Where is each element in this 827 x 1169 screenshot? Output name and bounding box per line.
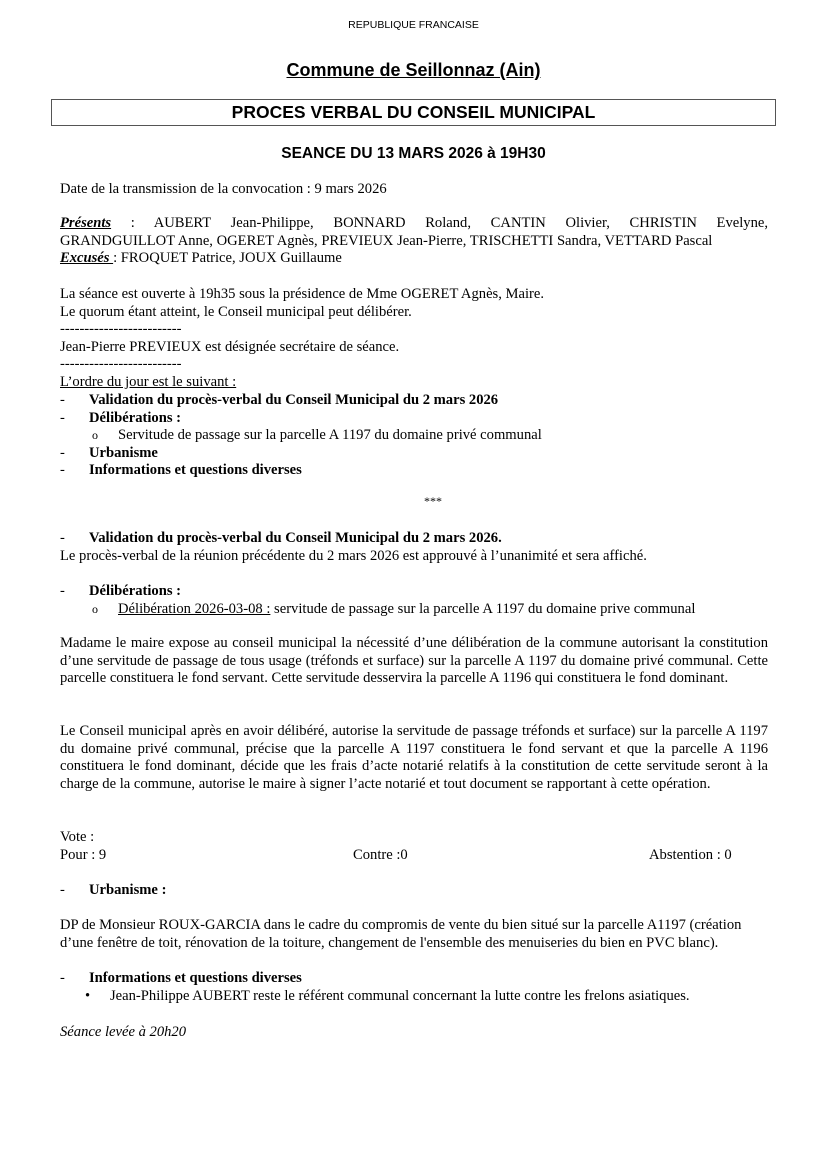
agenda-list: - Validation du procès-verbal du Conseil… — [60, 392, 768, 480]
section-separator-stars: *** — [0, 493, 827, 511]
dash-marker: - — [60, 392, 65, 410]
document-title-box: PROCES VERBAL DU CONSEIL MUNICIPAL — [51, 99, 776, 126]
vote-results: Pour : 9 Contre :0 Abstention : 0 — [60, 847, 768, 865]
agenda-item-label: Délibérations : — [89, 410, 181, 426]
agenda-item: - Validation du procès-verbal du Conseil… — [60, 392, 768, 410]
dash-marker: - — [60, 583, 65, 601]
agenda-item-label: Validation du procès-verbal du Conseil M… — [89, 392, 498, 408]
commune-title-text: Commune de Seillonnaz (Ain) — [286, 60, 540, 80]
agenda-item: - Informations et questions diverses — [60, 462, 768, 480]
document-page: REPUBLIQUE FRANCAISE Commune de Seillonn… — [0, 0, 827, 1169]
present-line-2: GRANDGUILLOT Anne, OGERET Agnès, PREVIEU… — [60, 233, 768, 251]
opening-line-1: La séance est ouverte à 19h35 sous la pr… — [60, 286, 768, 304]
dash-marker: - — [60, 882, 65, 900]
document-title: PROCES VERBAL DU CONSEIL MUNICIPAL — [232, 102, 596, 123]
dash-marker: - — [60, 445, 65, 463]
circle-bullet-icon: o — [92, 601, 98, 619]
separator-1: ------------------------- — [60, 321, 768, 339]
info-item: • Jean-Philippe AUBERT reste le référent… — [60, 988, 768, 1006]
section-infos-title: Informations et questions diverses — [89, 970, 302, 986]
section-urbanisme-text: DP de Monsieur ROUX-GARCIA dans le cadre… — [60, 917, 772, 952]
section-deliberations: - Délibérations : o Délibération 2026-03… — [60, 583, 768, 618]
excused-label: Excusés — [60, 250, 113, 266]
session-title: SEANCE DU 13 MARS 2026 à 19H30 — [0, 145, 827, 163]
opening-block: La séance est ouverte à 19h35 sous la pr… — [60, 286, 768, 392]
info-item-text: Jean-Philippe AUBERT reste le référent c… — [110, 988, 690, 1004]
closing-line: Séance levée à 20h20 — [60, 1024, 768, 1042]
section-urbanisme-heading-row: - Urbanisme : — [60, 882, 768, 900]
dash-marker: - — [60, 462, 65, 480]
vote-abstention: Abstention : 0 — [649, 847, 732, 865]
present-line-1: Présents : AUBERT Jean-Philippe, BONNARD… — [60, 215, 768, 233]
section-validation-text: Le procès-verbal de la réunion précédent… — [60, 548, 768, 566]
present-label: Présents — [60, 215, 111, 231]
section-infos-heading: - Informations et questions diverses — [60, 970, 768, 988]
present-names-1: AUBERT Jean-Philippe, BONNARD Roland, CA… — [154, 215, 768, 231]
vote-contre: Contre :0 — [353, 847, 649, 865]
section-infos: - Informations et questions diverses • J… — [60, 970, 768, 1005]
separator-2: ------------------------- — [60, 356, 768, 374]
republic-header: REPUBLIQUE FRANCAISE — [0, 19, 827, 31]
section-deliberations-title: Délibérations : — [89, 583, 181, 599]
dash-marker: - — [60, 410, 65, 428]
deliberation-item: o Délibération 2026-03-08 : servitude de… — [60, 601, 768, 619]
quorum-line: Le quorum étant atteint, le Conseil muni… — [60, 304, 768, 322]
convocation-date: Date de la transmission de la convocatio… — [60, 181, 768, 199]
present-separator: : — [111, 215, 154, 231]
vote-block: Vote : Pour : 9 Contre :0 Abstention : 0 — [60, 829, 768, 864]
agenda-sub-item-label: Servitude de passage sur la parcelle A 1… — [118, 427, 542, 443]
deliberation-paragraph-2: Le Conseil municipal après en avoir déli… — [60, 723, 768, 793]
circle-bullet-icon: o — [92, 427, 98, 445]
deliberation-subject: servitude de passage sur la parcelle A 1… — [270, 601, 695, 617]
section-deliberations-heading: - Délibérations : — [60, 583, 768, 601]
excused-names: : FROQUET Patrice, JOUX Guillaume — [113, 250, 342, 266]
section-urbanisme-heading: - Urbanisme : — [60, 882, 768, 900]
section-validation: - Validation du procès-verbal du Conseil… — [60, 530, 768, 565]
section-urbanisme-title: Urbanisme : — [89, 882, 166, 898]
agenda-item-label: Informations et questions diverses — [89, 462, 302, 478]
agenda-title: L’ordre du jour est le suivant : — [60, 374, 768, 392]
vote-pour: Pour : 9 — [60, 847, 353, 865]
dash-marker: - — [60, 970, 65, 988]
secretary-line: Jean-Pierre PREVIEUX est désignée secrét… — [60, 339, 768, 357]
vote-label: Vote : — [60, 829, 768, 847]
deliberation-paragraph-1: Madame le maire expose au conseil munici… — [60, 635, 768, 688]
dash-marker: - — [60, 530, 65, 548]
agenda-item: - Délibérations : — [60, 410, 768, 428]
attendance-block: Présents : AUBERT Jean-Philippe, BONNARD… — [60, 215, 768, 268]
bullet-icon: • — [85, 988, 90, 1006]
commune-title: Commune de Seillonnaz (Ain) — [0, 60, 827, 81]
agenda-item-label: Urbanisme — [89, 445, 158, 461]
deliberation-reference: Délibération 2026-03-08 : — [118, 601, 270, 617]
agenda-sub-item: o Servitude de passage sur la parcelle A… — [60, 427, 768, 445]
section-validation-heading: - Validation du procès-verbal du Conseil… — [60, 530, 768, 548]
section-validation-title: Validation du procès-verbal du Conseil M… — [89, 530, 502, 546]
excused-line: Excusés : FROQUET Patrice, JOUX Guillaum… — [60, 250, 768, 268]
agenda-item: - Urbanisme — [60, 445, 768, 463]
